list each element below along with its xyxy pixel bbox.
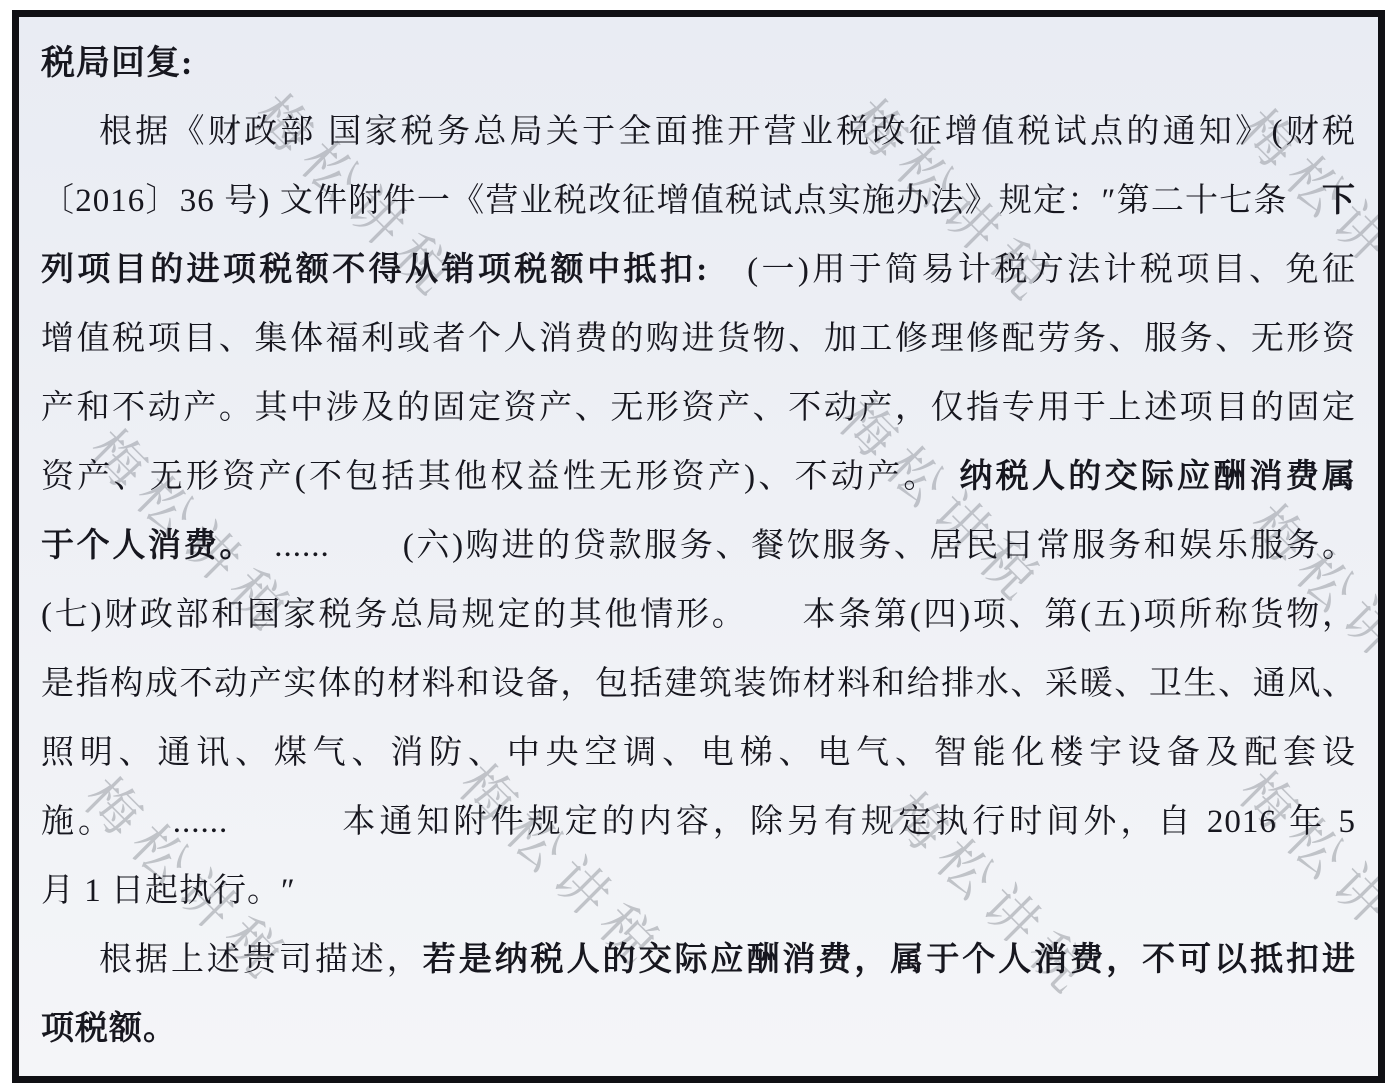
text-segment: 月 1 日起执行。″: [41, 873, 296, 909]
text-segment: 资产、无形资产(不包括其他权益性无形资产)、不动产。: [41, 459, 959, 495]
text-segment: 产和不动产。其中涉及的固定资产、无形资产、不动产，仅指专用于上述项目的固定: [41, 390, 1356, 426]
text-segment: ...... (六)购进的贷款服务、餐饮服务、居民日常服务和娱乐服务。: [239, 528, 1356, 564]
text-line: 月 1 日起执行。″: [41, 857, 1356, 926]
text-segment: 根据上述贵司描述，: [99, 942, 423, 978]
text-segment: 是指构成不动产实体的材料和设备，包括建筑装饰材料和给排水、采暖、卫生、通风、: [41, 666, 1356, 702]
text-segment: 〔2016〕36 号) 文件附件一《营业税改征增值税试点实施办法》规定：″第二十…: [41, 183, 1322, 219]
text-line: 施。 ...... 本通知附件规定的内容，除另有规定执行时间外，自 2016 年…: [41, 788, 1356, 857]
text-segment: 根据《财政部 国家税务总局关于全面推开营业税改征增值税试点的通知》(财税: [99, 114, 1356, 150]
text-segment: 列项目的进项税额不得从销项税额中抵扣:: [41, 252, 708, 288]
tax-reply-document: { "document": { "heading": "税局回复:", "col…: [0, 0, 1400, 1092]
text-segment: (一)用于简易计税方法计税项目、免征: [708, 252, 1356, 288]
text-segment: 施。 ...... 本通知附件规定的内容，除另有规定执行时间外，自 2016 年…: [41, 804, 1356, 840]
document-heading: 税局回复:: [41, 29, 1356, 98]
text-line: 增值税项目、集体福利或者个人消费的购进货物、加工修理修配劳务、服务、无形资: [41, 305, 1356, 374]
text-segment: 于个人消费。: [41, 528, 239, 564]
text-line: 产和不动产。其中涉及的固定资产、无形资产、不动产，仅指专用于上述项目的固定: [41, 374, 1356, 443]
text-line: 〔2016〕36 号) 文件附件一《营业税改征增值税试点实施办法》规定：″第二十…: [41, 167, 1356, 236]
text-line: 项税额。: [41, 995, 1356, 1064]
text-line: 是指构成不动产实体的材料和设备，包括建筑装饰材料和给排水、采暖、卫生、通风、: [41, 650, 1356, 719]
text-segment: 若是纳税人的交际应酬消费，属于个人消费，不可以抵扣进: [423, 942, 1356, 978]
text-line: 于个人消费。 ...... (六)购进的贷款服务、餐饮服务、居民日常服务和娱乐服…: [41, 512, 1356, 581]
text-segment: 纳税人的交际应酬消费属: [959, 459, 1356, 495]
document-content: 税局回复: 根据《财政部 国家税务总局关于全面推开营业税改征增值税试点的通知》(…: [19, 17, 1378, 1064]
document-body: 根据《财政部 国家税务总局关于全面推开营业税改征增值税试点的通知》(财税〔201…: [41, 98, 1356, 1064]
text-segment: 照明、通讯、煤气、消防、中央空调、电梯、电气、智能化楼宇设备及配套设: [41, 735, 1356, 771]
text-segment: 项税额。: [41, 1011, 177, 1047]
text-line: (七)财政部和国家税务总局规定的其他情形。 本条第(四)项、第(五)项所称货物，: [41, 581, 1356, 650]
text-line: 根据《财政部 国家税务总局关于全面推开营业税改征增值税试点的通知》(财税: [41, 98, 1356, 167]
text-line: 根据上述贵司描述，若是纳税人的交际应酬消费，属于个人消费，不可以抵扣进: [41, 926, 1356, 995]
text-line: 照明、通讯、煤气、消防、中央空调、电梯、电气、智能化楼宇设备及配套设: [41, 719, 1356, 788]
text-line: 列项目的进项税额不得从销项税额中抵扣: (一)用于简易计税方法计税项目、免征: [41, 236, 1356, 305]
text-segment: 增值税项目、集体福利或者个人消费的购进货物、加工修理修配劳务、服务、无形资: [41, 321, 1356, 357]
text-segment: 下: [1322, 183, 1356, 219]
text-segment: (七)财政部和国家税务总局规定的其他情形。 本条第(四)项、第(五)项所称货物，: [41, 597, 1356, 633]
document-frame: 梅松讲税梅松讲税梅松讲税梅松讲税梅松讲税梅松讲税梅松讲税梅松讲税梅松讲税梅松讲税…: [12, 10, 1385, 1083]
text-line: 资产、无形资产(不包括其他权益性无形资产)、不动产。 纳税人的交际应酬消费属: [41, 443, 1356, 512]
